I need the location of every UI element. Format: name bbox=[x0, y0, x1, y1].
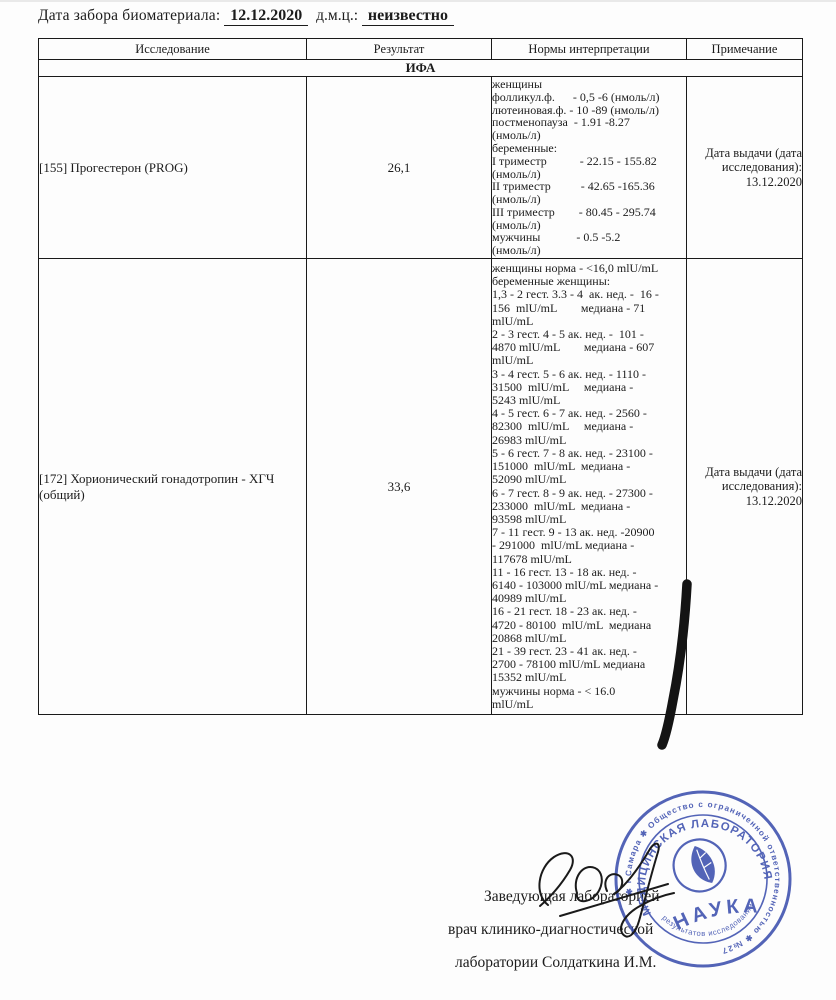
col-header-result: Результат bbox=[307, 39, 492, 60]
test-norms: женщиныфолликул.ф. - 0,5 -6 (нмоль/л)лют… bbox=[492, 77, 687, 259]
table-row: [155] Прогестерон (PROG) 26,1 женщиныфол… bbox=[39, 77, 803, 259]
text-line: (нмоль/л) bbox=[492, 129, 686, 142]
text-line: (нмоль/л) bbox=[492, 193, 686, 206]
text-line: 15352 mlU/mL bbox=[492, 671, 686, 684]
text-line: 82300 mlU/mL медиана - bbox=[492, 420, 686, 433]
text-line: 1,3 - 2 гест. 3.3 - 4 ак. нед. - 16 - bbox=[492, 288, 686, 301]
document-header: Дата забора биоматериала: 12.12.2020 д.м… bbox=[38, 7, 454, 25]
text-line: 4720 - 80100 mlU/mL медиана bbox=[492, 619, 686, 632]
sample-date-value: 12.12.2020 bbox=[224, 7, 308, 26]
norms-text: женщиныфолликул.ф. - 0,5 -6 (нмоль/л)лют… bbox=[492, 78, 686, 257]
test-result: 33,6 bbox=[307, 259, 492, 715]
col-header-norms: Нормы интерпретации bbox=[492, 39, 687, 60]
text-line: I триместр - 22.15 - 155.82 bbox=[492, 155, 686, 168]
text-line: Дата выдачи (дата bbox=[687, 465, 802, 480]
text-line: 13.12.2020 bbox=[687, 175, 802, 190]
table-row: [172] Хорионический гонадотропин - ХГЧ (… bbox=[39, 259, 803, 715]
dmc-label: д.м.ц.: bbox=[316, 7, 358, 24]
test-norms: женщины норма - <16,0 mlU/mLбеременные ж… bbox=[492, 259, 687, 715]
text-line: фолликул.ф. - 0,5 -6 (нмоль/л) bbox=[492, 91, 686, 104]
text-line: 156 mlU/mL медиана - 71 bbox=[492, 302, 686, 315]
section-row: ИФА bbox=[39, 60, 803, 77]
text-line: III триместр - 80.45 - 295.74 bbox=[492, 206, 686, 219]
text-line: Дата выдачи (дата bbox=[687, 146, 802, 161]
text-line: 3 - 4 гест. 5 - 6 ак. нед. - 1110 - bbox=[492, 368, 686, 381]
text-line: - 291000 mlU/mL медиана - bbox=[492, 539, 686, 552]
test-note: Дата выдачи (датаисследования):13.12.202… bbox=[687, 77, 803, 259]
text-line: мужчины норма - < 16.0 bbox=[492, 685, 686, 698]
text-line: 16 - 21 гест. 18 - 23 ак. нед. - bbox=[492, 605, 686, 618]
col-header-note: Примечание bbox=[687, 39, 803, 60]
table-header-row: Исследование Результат Нормы интерпретац… bbox=[39, 39, 803, 60]
text-line: исследования): bbox=[687, 479, 802, 494]
results-table: Исследование Результат Нормы интерпретац… bbox=[38, 38, 803, 715]
text-line: беременные: bbox=[492, 142, 686, 155]
test-name: [155] Прогестерон (PROG) bbox=[39, 77, 307, 259]
sample-date-label: Дата забора биоматериала: bbox=[38, 7, 220, 24]
text-line: 13.12.2020 bbox=[687, 494, 802, 509]
dmc-value: неизвестно bbox=[362, 7, 454, 26]
signer-name-line: лаборатории Солдаткина И.М. bbox=[455, 954, 656, 972]
text-line: 6 - 7 гест. 8 - 9 ак. нед. - 27300 - bbox=[492, 487, 686, 500]
text-line: женщины bbox=[492, 78, 686, 91]
text-line: 233000 mlU/mL медиана - bbox=[492, 500, 686, 513]
text-line: (нмоль/л) bbox=[492, 244, 686, 257]
col-header-study: Исследование bbox=[39, 39, 307, 60]
test-result: 26,1 bbox=[307, 77, 492, 259]
section-title: ИФА bbox=[39, 60, 803, 77]
test-name: [172] Хорионический гонадотропин - ХГЧ (… bbox=[39, 259, 307, 715]
scan-edge bbox=[0, 0, 836, 2]
norms-text: женщины норма - <16,0 mlU/mLбеременные ж… bbox=[492, 262, 686, 711]
text-line: mlU/mL bbox=[492, 354, 686, 367]
text-line: 11 - 16 гест. 13 - 18 ак. нед. - bbox=[492, 566, 686, 579]
text-line: 26983 mlU/mL bbox=[492, 434, 686, 447]
text-line: исследования): bbox=[687, 160, 802, 175]
text-line: 117678 mlU/mL bbox=[492, 553, 686, 566]
text-line: 52090 mlU/mL bbox=[492, 473, 686, 486]
text-line: mlU/mL bbox=[492, 698, 686, 711]
test-note: Дата выдачи (датаисследования):13.12.202… bbox=[687, 259, 803, 715]
text-line: 20868 mlU/mL bbox=[492, 632, 686, 645]
